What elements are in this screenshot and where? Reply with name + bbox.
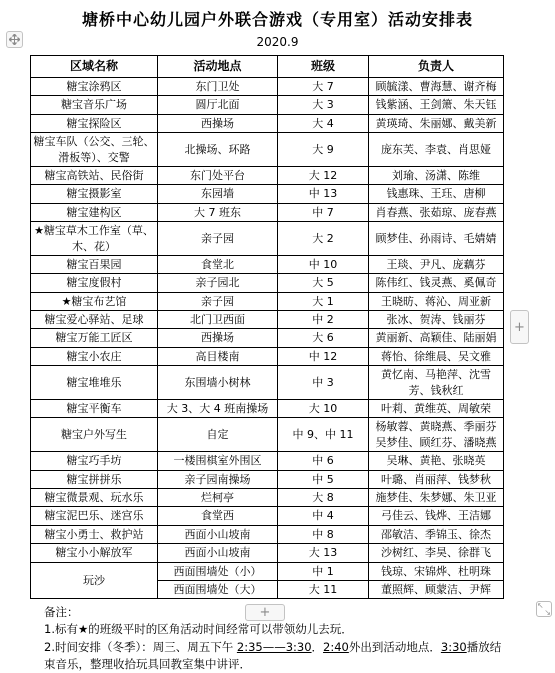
class-cell: 大 5 [278, 274, 369, 292]
table-row: 糖宝万能工匠区西操场大 6黄丽新、高颖佳、陆丽娟 [31, 329, 504, 347]
leaders-cell: 沙树红、李昊、徐群飞 [369, 544, 504, 562]
class-cell: 中 4 [278, 507, 369, 525]
area-cell: 糖宝爱心驿站、足球 [31, 311, 158, 329]
location-cell: 西面小山坡南 [158, 544, 278, 562]
class-cell: 中 1 [278, 562, 369, 580]
location-cell: 烂柯亭 [158, 488, 278, 506]
location-cell: 西面小山坡南 [158, 525, 278, 543]
location-cell: 东园墙 [158, 185, 278, 203]
table-row: 玩沙西面围墙处（小）中 1钱琼、宋锦烨、杜明珠 [31, 562, 504, 580]
location-cell: 北操场、环路 [158, 133, 278, 167]
table-row: 糖宝探险区西操场大 4黄瑛琦、朱丽娜、戴美新 [31, 114, 504, 132]
table-row: 糖宝爱心驿站、足球北门卫西面中 2张冰、贺涛、钱丽芬 [31, 311, 504, 329]
class-cell: 大 3 [278, 96, 369, 114]
area-cell: 糖宝百果园 [31, 255, 158, 273]
location-cell: 亲子园北 [158, 274, 278, 292]
class-cell: 中 3 [278, 366, 369, 400]
leaders-cell: 邵敏洁、季锦玉、徐杰 [369, 525, 504, 543]
note-1: 1.标有★的班级平时的区角活动时间经常可以带领幼儿去玩． [44, 621, 512, 638]
table-row: 糖宝摄影室东园墙中 13钱惠珠、王珏、唐柳 [31, 185, 504, 203]
table-row: 糖宝户外写生自定中 9、中 11杨敏蓉、黄晓燕、季丽芬 吴梦佳、顾红芬、潘晓燕 [31, 418, 504, 452]
class-cell: 大 11 [278, 580, 369, 598]
leaders-cell: 叶莉、黄维英、周敏荣 [369, 400, 504, 418]
resize-nw-icon: ↖ [537, 601, 544, 610]
area-cell: 糖宝堆堆乐 [31, 366, 158, 400]
area-cell: 糖宝摄影室 [31, 185, 158, 203]
note-2: 2.时间安排（冬季）：周三、周五下午 2:35——3:30．2:40外出到活动地… [44, 639, 512, 673]
location-cell: 西面围墙处（小） [158, 562, 278, 580]
location-cell: 大 3、大 4 班南操场 [158, 400, 278, 418]
location-cell: 东围墙小树林 [158, 366, 278, 400]
area-cell: 糖宝探险区 [31, 114, 158, 132]
class-cell: 大 8 [278, 488, 369, 506]
class-cell: 大 1 [278, 292, 369, 310]
area-cell: ★糖宝布艺馆 [31, 292, 158, 310]
table-row: 糖宝小小解放军西面小山坡南大 13沙树红、李昊、徐群飞 [31, 544, 504, 562]
area-cell: 糖宝户外写生 [31, 418, 158, 452]
note-2-time-out: 2:40 [323, 640, 349, 654]
page-title: 塘桥中心幼儿园户外联合游戏（专用室）活动安排表 [0, 7, 555, 30]
note-2-text: 2.时间安排（冬季）：周三、周五下午 [44, 640, 237, 654]
location-cell: 自定 [158, 418, 278, 452]
location-cell: 北门卫西面 [158, 311, 278, 329]
class-cell: 大 9 [278, 133, 369, 167]
note-2-text: ． [312, 640, 324, 654]
table-row: 糖宝高铁站、民俗街东门处平台大 12刘瑜、汤潇、陈维 [31, 166, 504, 184]
class-cell: 中 7 [278, 203, 369, 221]
table-row: 糖宝巧手坊一楼围棋室外围区中 6吴琳、黄艳、张晓英 [31, 452, 504, 470]
class-cell: 大 4 [278, 114, 369, 132]
leaders-cell: 董照辉、顾蒙洁、尹辉 [369, 580, 504, 598]
leaders-cell: 钱紫涵、王剑箫、朱天钰 [369, 96, 504, 114]
table-row: 糖宝拼拼乐亲子园南操场中 5叶璐、肖丽萍、钱梦秋 [31, 470, 504, 488]
class-cell: 中 5 [278, 470, 369, 488]
move-icon [9, 30, 20, 49]
table-row: 糖宝泥巴乐、迷宫乐食堂西中 4弓佳云、钱烨、王洁娜 [31, 507, 504, 525]
area-cell: 糖宝高铁站、民俗街 [31, 166, 158, 184]
header-leaders: 负责人 [369, 56, 504, 78]
table-row: 糖宝车队（公交、三轮、滑板等）、交警北操场、环路大 9庞东芙、李袁、肖思娅 [31, 133, 504, 167]
area-cell: 糖宝度假村 [31, 274, 158, 292]
location-cell: 西面围墙处（大） [158, 580, 278, 598]
class-cell: 大 13 [278, 544, 369, 562]
leaders-cell: 顾梦佳、孙雨诗、毛婧婧 [369, 222, 504, 256]
area-cell: 糖宝小勇士、救护站 [31, 525, 158, 543]
leaders-cell: 庞东芙、李袁、肖思娅 [369, 133, 504, 167]
table-row: 糖宝建构区大 7 班东中 7肖春燕、张茹琼、庞春燕 [31, 203, 504, 221]
table-row: 糖宝小农庄高目楼南中 12蒋怡、徐维晨、吴文雅 [31, 347, 504, 365]
class-cell: 大 6 [278, 329, 369, 347]
leaders-cell: 弓佳云、钱烨、王洁娜 [369, 507, 504, 525]
leaders-cell: 肖春燕、张茹琼、庞春燕 [369, 203, 504, 221]
area-cell: 糖宝涂鸦区 [31, 78, 158, 96]
area-cell: 糖宝万能工匠区 [31, 329, 158, 347]
leaders-cell: 叶璐、肖丽萍、钱梦秋 [369, 470, 504, 488]
leaders-cell: 杨敏蓉、黄晓燕、季丽芬 吴梦佳、顾红芬、潘晓燕 [369, 418, 504, 452]
leaders-cell: 陈伟红、钱灵燕、奚佩奇 [369, 274, 504, 292]
location-cell: 亲子园 [158, 292, 278, 310]
insert-column-button[interactable]: + [510, 310, 529, 344]
notes-label: 备注： [44, 604, 512, 621]
area-cell: 糖宝小小解放军 [31, 544, 158, 562]
plus-icon: + [514, 320, 525, 335]
area-cell: 玩沙 [31, 562, 158, 599]
note-2-time-end: 3:30 [441, 640, 467, 654]
class-cell: 中 13 [278, 185, 369, 203]
activity-schedule-table: 区域名称 活动地点 班级 负责人 糖宝涂鸦区东门卫处大 7顾毓漾、曹海慧、谢齐梅… [30, 55, 504, 599]
area-cell: 糖宝平衡车 [31, 400, 158, 418]
notes-section: 备注： 1.标有★的班级平时的区角活动时间经常可以带领幼儿去玩． 2.时间安排（… [44, 604, 512, 673]
header-area: 区域名称 [31, 56, 158, 78]
area-cell: 糖宝音乐广场 [31, 96, 158, 114]
leaders-cell: 黄丽新、高颖佳、陆丽娟 [369, 329, 504, 347]
area-cell: 糖宝建构区 [31, 203, 158, 221]
leaders-cell: 张冰、贺涛、钱丽芬 [369, 311, 504, 329]
class-cell: 中 10 [278, 255, 369, 273]
table-row: 糖宝百果园食堂北中 10王琰、尹凡、庞藕芬 [31, 255, 504, 273]
leaders-cell: 吴琳、黄艳、张晓英 [369, 452, 504, 470]
area-cell: 糖宝微景观、玩水乐 [31, 488, 158, 506]
table-move-handle[interactable] [6, 31, 23, 48]
table-row: 糖宝平衡车大 3、大 4 班南操场大 10叶莉、黄维英、周敏荣 [31, 400, 504, 418]
class-cell: 中 9、中 11 [278, 418, 369, 452]
area-cell: 糖宝车队（公交、三轮、滑板等）、交警 [31, 133, 158, 167]
class-cell: 大 2 [278, 222, 369, 256]
class-cell: 大 7 [278, 78, 369, 96]
location-cell: 一楼围棋室外围区 [158, 452, 278, 470]
table-row: 糖宝音乐广场圆厅北面大 3钱紫涵、王剑箫、朱天钰 [31, 96, 504, 114]
table-row: ★糖宝布艺馆亲子园大 1王晓昉、蒋沁、周亚新 [31, 292, 504, 310]
table-row: ★糖宝草木工作室（草、木、花）亲子园大 2顾梦佳、孙雨诗、毛婧婧 [31, 222, 504, 256]
leaders-cell: 黄瑛琦、朱丽娜、戴美新 [369, 114, 504, 132]
area-cell: 糖宝泥巴乐、迷宫乐 [31, 507, 158, 525]
leaders-cell: 蒋怡、徐维晨、吴文雅 [369, 347, 504, 365]
leaders-cell: 黄忆南、马艳萍、沈雪芳、钱秋红 [369, 366, 504, 400]
schedule-table-body: 糖宝涂鸦区东门卫处大 7顾毓漾、曹海慧、谢齐梅糖宝音乐广场圆厅北面大 3钱紫涵、… [31, 78, 504, 599]
leaders-cell: 王琰、尹凡、庞藕芬 [369, 255, 504, 273]
class-cell: 中 6 [278, 452, 369, 470]
location-cell: 亲子园南操场 [158, 470, 278, 488]
class-cell: 中 2 [278, 311, 369, 329]
area-cell: ★糖宝草木工作室（草、木、花） [31, 222, 158, 256]
area-cell: 糖宝拼拼乐 [31, 470, 158, 488]
area-cell: 糖宝巧手坊 [31, 452, 158, 470]
leaders-cell: 钱惠珠、王珏、唐柳 [369, 185, 504, 203]
location-cell: 东门卫处 [158, 78, 278, 96]
location-cell: 食堂西 [158, 507, 278, 525]
area-cell: 糖宝小农庄 [31, 347, 158, 365]
leaders-cell: 施梦佳、朱梦娜、朱卫亚 [369, 488, 504, 506]
table-row: 糖宝微景观、玩水乐烂柯亭大 8施梦佳、朱梦娜、朱卫亚 [31, 488, 504, 506]
table-row: 糖宝小勇士、救护站西面小山坡南中 8邵敏洁、季锦玉、徐杰 [31, 525, 504, 543]
leaders-cell: 王晓昉、蒋沁、周亚新 [369, 292, 504, 310]
location-cell: 亲子园 [158, 222, 278, 256]
class-cell: 大 12 [278, 166, 369, 184]
note-2-time-range: 2:35——3:30 [237, 640, 312, 654]
table-resize-handle[interactable]: ↖ ↘ [536, 601, 552, 617]
note-2-text: 外出到活动地点． [349, 640, 441, 654]
class-cell: 大 10 [278, 400, 369, 418]
class-cell: 中 8 [278, 525, 369, 543]
header-location: 活动地点 [158, 56, 278, 78]
location-cell: 圆厅北面 [158, 96, 278, 114]
class-cell: 中 12 [278, 347, 369, 365]
header-class: 班级 [278, 56, 369, 78]
location-cell: 东门处平台 [158, 166, 278, 184]
schedule-date: 2020.9 [0, 35, 555, 49]
location-cell: 西操场 [158, 114, 278, 132]
table-row: 糖宝堆堆乐东围墙小树林中 3黄忆南、马艳萍、沈雪芳、钱秋红 [31, 366, 504, 400]
location-cell: 大 7 班东 [158, 203, 278, 221]
leaders-cell: 钱琼、宋锦烨、杜明珠 [369, 562, 504, 580]
leaders-cell: 顾毓漾、曹海慧、谢齐梅 [369, 78, 504, 96]
table-header-row: 区域名称 活动地点 班级 负责人 [31, 56, 504, 78]
leaders-cell: 刘瑜、汤潇、陈维 [369, 166, 504, 184]
resize-se-icon: ↘ [544, 608, 551, 617]
location-cell: 食堂北 [158, 255, 278, 273]
location-cell: 高目楼南 [158, 347, 278, 365]
location-cell: 西操场 [158, 329, 278, 347]
table-row: 糖宝涂鸦区东门卫处大 7顾毓漾、曹海慧、谢齐梅 [31, 78, 504, 96]
table-row: 糖宝度假村亲子园北大 5陈伟红、钱灵燕、奚佩奇 [31, 274, 504, 292]
